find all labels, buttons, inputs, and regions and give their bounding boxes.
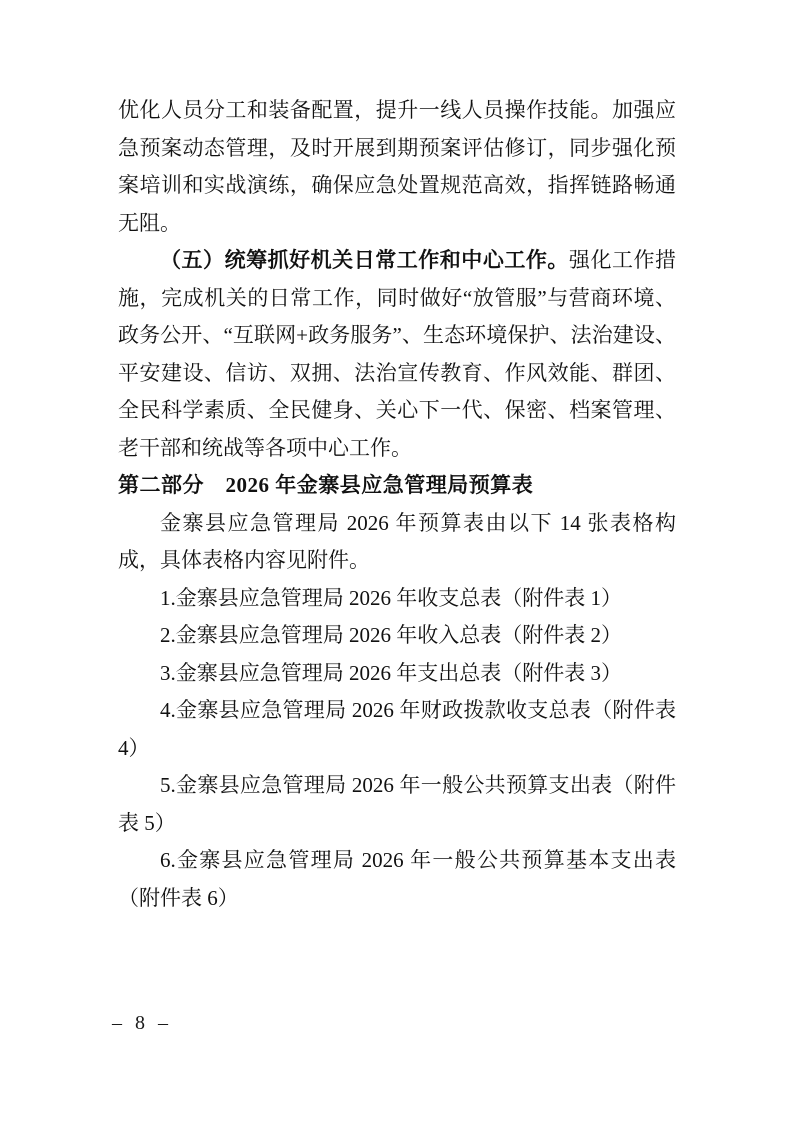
table-list-item: 1.金寨县应急管理局 2026 年收支总表（附件表 1） bbox=[118, 580, 676, 618]
table-list-item: 2.金寨县应急管理局 2026 年收入总表（附件表 2） bbox=[118, 617, 676, 655]
section-heading: 第二部分 2026 年金寨县应急管理局预算表 bbox=[118, 467, 676, 505]
document-page: 优化人员分工和装备配置，提升一线人员操作技能。加强应急预案动态管理，及时开展到期… bbox=[0, 0, 793, 1122]
paragraph-lead-bold: （五）统筹抓好机关日常工作和中心工作。 bbox=[160, 248, 569, 272]
paragraph-item-five: （五）统筹抓好机关日常工作和中心工作。强化工作措施，完成机关的日常工作，同时做好… bbox=[118, 242, 676, 467]
table-list-item: 5.金寨县应急管理局 2026 年一般公共预算支出表（附件表 5） bbox=[118, 767, 676, 842]
table-list-item: 6.金寨县应急管理局 2026 年一般公共预算基本支出表（附件表 6） bbox=[118, 842, 676, 917]
paragraph-continuation: 优化人员分工和装备配置，提升一线人员操作技能。加强应急预案动态管理，及时开展到期… bbox=[118, 92, 676, 242]
document-content: 优化人员分工和装备配置，提升一线人员操作技能。加强应急预案动态管理，及时开展到期… bbox=[118, 92, 676, 917]
intro-paragraph: 金寨县应急管理局 2026 年预算表由以下 14 张表格构成，具体表格内容见附件… bbox=[118, 505, 676, 580]
table-list-item: 4.金寨县应急管理局 2026 年财政拨款收支总表（附件表 4） bbox=[118, 692, 676, 767]
attachment-table-list: 1.金寨县应急管理局 2026 年收支总表（附件表 1） 2.金寨县应急管理局 … bbox=[118, 580, 676, 918]
table-list-item: 3.金寨县应急管理局 2026 年支出总表（附件表 3） bbox=[118, 655, 676, 693]
paragraph-body-text: 强化工作措施，完成机关的日常工作，同时做好“放管服”与营商环境、政务公开、“互联… bbox=[118, 248, 676, 460]
page-number: – 8 – bbox=[112, 1010, 172, 1036]
